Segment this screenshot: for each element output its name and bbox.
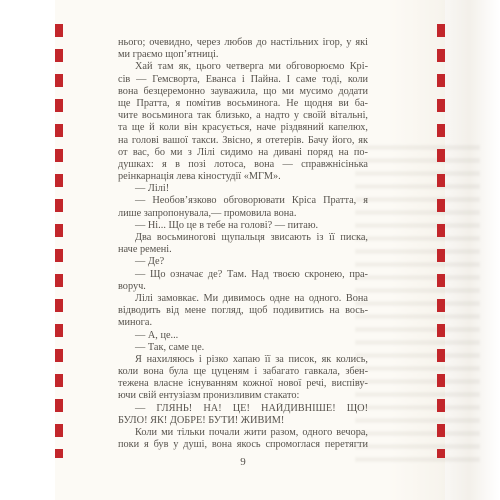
page-edge-marks-left — [55, 24, 63, 458]
text-line: — А, це... — [118, 330, 368, 342]
text-line: ще Пратта, я помітив восьминога. Не щодн… — [118, 98, 368, 110]
text-line: — Що означає де? Там. Над твоєю скронею,… — [118, 269, 368, 281]
text-line: от вас, бо ми з Лілі сидимо на дивані по… — [118, 147, 368, 159]
text-line: воруч. — [118, 281, 368, 293]
text-line: коли вона була ще цуценям і забагато гав… — [118, 366, 368, 378]
text-line: сів — Гемсворта, Еванса і Пайна. І саме … — [118, 74, 368, 86]
page-number: 9 — [118, 456, 368, 468]
text-line: Хай там як, цього четверга ми обговорюєм… — [118, 61, 368, 73]
text-line: ючи свій ентузіазм пронизливим стакато: — [118, 390, 368, 402]
text-line: БУЛО! ЯК! ДОБРЕ! БУТИ! ЖИВИМ! — [118, 415, 368, 427]
text-line: — ГЛЯНЬ! НА! ЦЕ! НАЙДИВНІШЕ! ЩО! КОЛИСЬ! — [118, 403, 368, 415]
text-line: поки я був у душі, вона якось спромоглас… — [118, 439, 368, 451]
text-line: Я нахиляюсь і різко хапаю її за писок, я… — [118, 354, 368, 366]
text-line: тежена власне існуванням кожної нової ре… — [118, 378, 368, 390]
text-line: — Ні... Що це в тебе на голові? — питаю. — [118, 220, 368, 232]
text-line: — Де? — [118, 256, 368, 268]
text-line: вона безцеремонно зауважила, що ми мусим… — [118, 86, 368, 98]
page-edge-marks-right — [437, 24, 445, 458]
text-line: лише запропонувала,— промовила вона. — [118, 208, 368, 220]
text-line: та ще й коли він красується, наче різдвя… — [118, 122, 368, 134]
text-line: Лілі замовкає. Ми дивимось одне на одног… — [118, 293, 368, 305]
text-line: — Необов’язково обговорювати Кріса Пратт… — [118, 195, 368, 207]
text-line: чите восьминога так близько, а надто у с… — [118, 110, 368, 122]
text-line: наче ремені. — [118, 244, 368, 256]
text-line: — Лілі! — [118, 183, 368, 195]
text-line: Коли ми тільки почали жити разом, одного… — [118, 427, 368, 439]
book-page-photo: нього; очевидно, через любов до настільн… — [0, 0, 500, 500]
text-line: — Так, саме це. — [118, 342, 368, 354]
reverse-side-show-through — [355, 145, 480, 465]
text-line: минога. — [118, 317, 368, 329]
text-line: Два восьминогові щупальця звисають із її… — [118, 232, 368, 244]
text-line: відводить від мене погляд, щоб подивитис… — [118, 305, 368, 317]
text-line: на голові вашої такси. Звісно, я отетері… — [118, 135, 368, 147]
text-block: нього; очевидно, через любов до настільн… — [118, 37, 368, 451]
text-line: реінкарнація лева кіностудії «МГМ». — [118, 171, 368, 183]
text-line: нього; очевидно, через любов до настільн… — [118, 37, 368, 49]
page-curve-shadow — [390, 0, 500, 500]
text-line: ми граємо щоп’ятниці. — [118, 49, 368, 61]
text-line: душках: я в позі лотоса, вона — справжні… — [118, 159, 368, 171]
